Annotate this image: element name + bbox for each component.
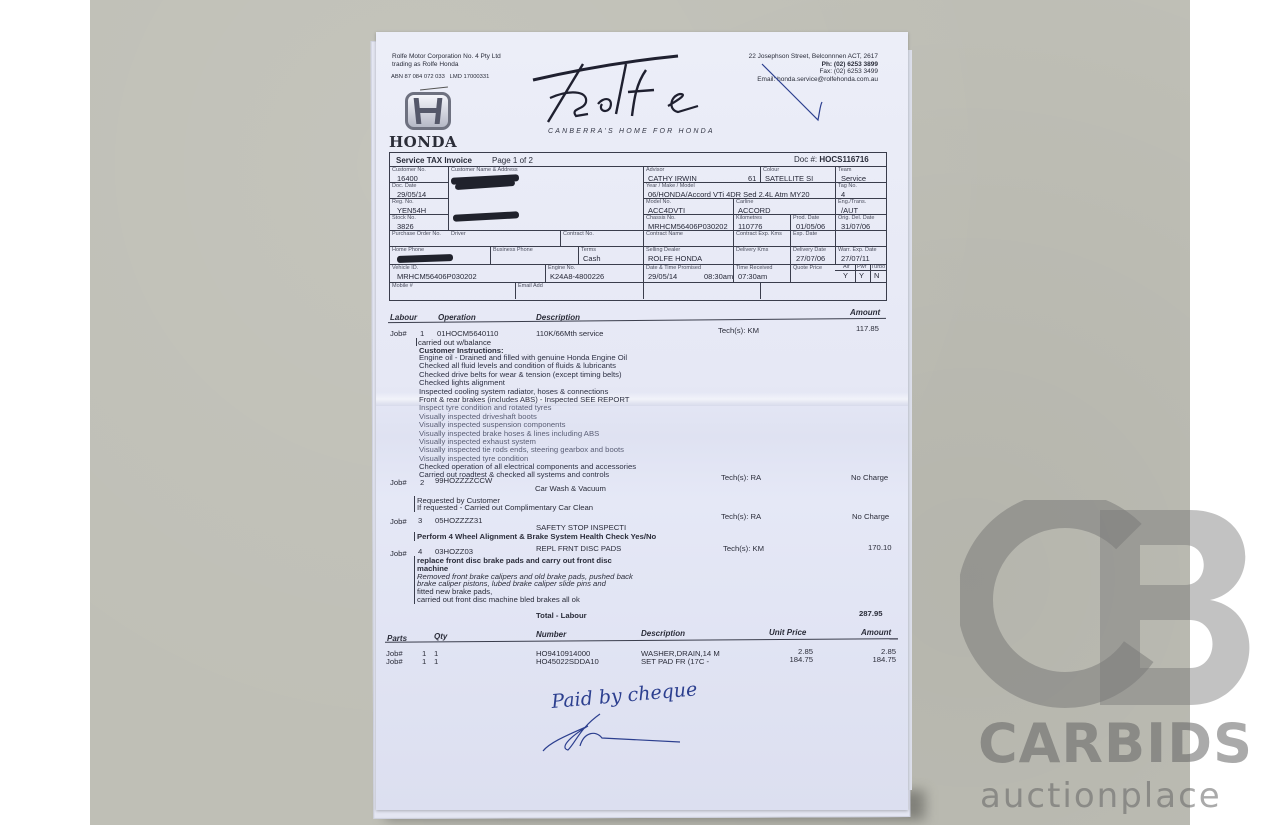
selling-dealer-value: ROLFE HONDA <box>648 255 702 263</box>
doc-number-value: HOCS116716 <box>819 155 868 164</box>
job-description: 110K/66Mth service <box>536 330 603 338</box>
carline-label: Carline <box>736 200 753 206</box>
job-amount: 117.85 <box>856 325 879 333</box>
prod-date-label: Prod. Date <box>793 216 819 222</box>
labour-header: Labour <box>390 313 417 322</box>
model-no-label: Model No. <box>646 200 671 206</box>
ymm-label: Year / Make / Model <box>646 184 695 190</box>
advisor-label: Advisor <box>646 168 664 174</box>
job-description: SAFETY STOP INSPECTI <box>536 524 626 532</box>
advisor-code: 61 <box>748 175 756 183</box>
advisor-value: CATHY IRWIN <box>648 175 697 183</box>
job-number: 1 <box>420 330 424 338</box>
job-tech: Tech(s): KM <box>723 545 764 553</box>
job-description: Car Wash & Vacuum <box>535 485 606 493</box>
orig-del-date-label: Orig. Del. Date <box>838 216 874 222</box>
engine-no-value: K24A8-4800226 <box>550 273 604 281</box>
total-labour-label: Total - Labour <box>536 612 587 620</box>
kilometres-label: Kilometres <box>736 216 762 222</box>
air-label: Air <box>843 265 850 271</box>
model-no-value: ACC4DVTI <box>648 207 685 215</box>
parts-job-number: 1 <box>422 658 426 666</box>
unit-price-header: Unit Price <box>769 628 806 637</box>
warr-exp-date-value: 27/07/11 <box>841 255 870 263</box>
svg-text:Rolfe: Rolfe <box>648 53 654 55</box>
colour-label: Colour <box>763 168 779 174</box>
part-unit-price: 184.75 <box>773 656 813 664</box>
chassis-no-value: MRHCM56406P030202 <box>648 223 728 231</box>
job-code: 99HOZZZZCCW <box>435 477 492 485</box>
abn-number: ABN 87 084 072 033 <box>391 74 445 80</box>
date-promised-value: 29/05/14 <box>648 273 677 281</box>
doc-date-label: Doc. Date <box>392 184 416 190</box>
job-label: Job# <box>390 330 407 338</box>
qty-header: Qty <box>434 632 447 641</box>
customer-instructions-list: Engine oil - Drained and filled with gen… <box>419 354 636 480</box>
pen-checkmark <box>760 62 830 126</box>
reg-no-label: Reg. No. <box>392 200 414 206</box>
parts-qty: 1 <box>434 658 438 666</box>
job-tech: Tech(s): RA <box>721 474 761 482</box>
time-promised-value: 08:30am <box>704 273 733 281</box>
pwr-value: Y <box>859 272 864 280</box>
warr-exp-date-label: Warr. Exp. Date <box>838 248 877 254</box>
quote-price-label: Quote Price <box>793 266 822 272</box>
company-trading: trading as Rolfe Honda <box>392 61 501 69</box>
job-description: REPL FRNT DISC PADS <box>536 545 621 553</box>
part-amount: 184.75 <box>856 656 896 664</box>
job-number: 4 <box>418 548 422 556</box>
job-amount: 170.10 <box>868 544 892 552</box>
engine-no-label: Engine No. <box>548 266 575 272</box>
delivery-date-value: 27/07/06 <box>796 255 825 263</box>
stock-no-value: 3826 <box>397 223 414 231</box>
honda-logo-bar <box>417 108 439 113</box>
prod-date-value: 01/05/06 <box>796 223 825 231</box>
amount-header: Amount <box>850 308 880 317</box>
parts-job-label: Job# <box>386 658 403 666</box>
number-header: Number <box>536 630 566 639</box>
customer-name-label: Customer Name & Address <box>451 168 518 174</box>
total-labour-value: 287.95 <box>859 610 883 618</box>
company-info: Rolfe Motor Corporation No. 4 Pty Ltd tr… <box>392 53 501 69</box>
doc-number: Doc #: HOCS116716 <box>794 155 869 164</box>
turbo-value: N <box>874 272 879 280</box>
company-name: Rolfe Motor Corporation No. 4 Pty Ltd <box>392 53 501 61</box>
parts-amount-header: Amount <box>861 628 891 637</box>
time-received-value: 07:30am <box>738 273 767 281</box>
part-description: SET PAD FR (17C - <box>641 658 709 666</box>
selling-dealer-label: Selling Dealer <box>646 248 680 254</box>
parts-description-header: Description <box>641 629 685 638</box>
eng-trans-label: Eng./Trans. <box>838 200 866 206</box>
turbo-label: Turbo <box>871 265 885 271</box>
job-note: Perform 4 Wheel Alignment & Brake System… <box>417 533 656 541</box>
job-tech: Tech(s): RA <box>721 513 761 521</box>
job-amount: No Charge <box>852 513 889 521</box>
time-received-label: Time Received <box>736 266 772 272</box>
job-note: If requested - Carried out Complimentary… <box>417 504 593 512</box>
lmd-number: LMD 17000331 <box>450 74 490 80</box>
terms-value: Cash <box>583 255 601 263</box>
stock-no-label: Stock No. <box>392 216 416 222</box>
carline-value: ACCORD <box>738 207 771 215</box>
tag-no-value: 4 <box>841 191 845 199</box>
job-label: Job# <box>390 479 407 487</box>
job-number: 3 <box>418 517 422 525</box>
business-phone-label: Business Phone <box>493 248 533 254</box>
job-number: 2 <box>420 479 424 487</box>
delivery-date-label: Delivery Date <box>793 248 826 254</box>
delivery-kms-label: Delivery Kms <box>736 248 768 254</box>
contract-no-label: Contract No. <box>563 232 594 238</box>
job-note: carried out front disc machine bled brak… <box>417 596 580 604</box>
colour-value: SATELLITE SI <box>765 175 813 183</box>
customer-no-value: 16400 <box>397 175 418 183</box>
job-code: 01HOCM5640110 <box>437 330 498 338</box>
email-add-label: Email Add <box>518 284 543 290</box>
kilometres-value: 110776 <box>738 223 762 231</box>
job-label: Job# <box>390 518 407 526</box>
part-number: HO45022SDDA10 <box>536 658 599 666</box>
purchase-order-label: Purchase Order No. <box>392 232 441 238</box>
handwritten-paid-by-cheque: Paid by cheque <box>540 680 770 760</box>
abn: ABN 87 084 072 033 LMD 17000331 <box>391 74 489 80</box>
dealer-address: 22 Josephson Street, Belconnnen ACT, 261… <box>700 53 878 61</box>
air-value: Y <box>843 272 848 280</box>
team-label: Team <box>838 168 851 174</box>
driver-label: Driver <box>451 232 466 238</box>
customer-no-label: Customer No. <box>392 168 426 174</box>
exp-date-label: Exp. Date <box>793 232 817 238</box>
honda-wordmark: HONDA <box>389 133 457 151</box>
svg-text:Paid by cheque: Paid by cheque <box>550 680 699 713</box>
job-label: Job# <box>390 550 407 558</box>
doc-date-value: 29/05/14 <box>397 191 426 199</box>
ymm-value: 06/HONDA/Accord VTi 4DR Sed 2.4L Atm MY2… <box>648 191 810 199</box>
invoice-title: Service TAX Invoice <box>396 156 472 165</box>
eng-trans-value: /AUT <box>841 207 858 215</box>
page-indicator: Page 1 of 2 <box>492 156 533 165</box>
vehicle-id-label: Vehicle ID. <box>392 266 418 272</box>
chassis-no-label: Chassis No. <box>646 216 676 222</box>
tagline: CANBERRA'S HOME FOR HONDA <box>548 128 715 135</box>
tag-no-label: Tag No. <box>838 184 857 190</box>
job-code: 03HOZZ03 <box>435 548 473 556</box>
mobile-label: Mobile # <box>392 284 413 290</box>
vehicle-id-value: MRHCM56406P030202 <box>397 273 477 281</box>
terms-label: Terms <box>581 248 596 254</box>
contract-name-label: Contract Name <box>646 232 683 238</box>
team-value: Service <box>841 175 866 183</box>
pwr-label: Pwr <box>857 265 866 271</box>
doc-label: Doc #: <box>794 155 817 164</box>
orig-del-date-value: 31/07/06 <box>841 223 870 231</box>
date-promised-label: Date & Time Promised <box>646 266 701 272</box>
contract-exp-kms-label: Contract Exp. Kms <box>736 232 782 238</box>
job-tech: Tech(s): KM <box>718 327 759 335</box>
home-phone-label: Home Phone <box>392 248 424 254</box>
job-amount: No Charge <box>851 474 888 482</box>
job-code: 05HOZZZZ31 <box>435 517 482 525</box>
rolfe-script-logo: Rolfe <box>528 50 718 130</box>
reg-no-value: YEN54H <box>397 207 426 215</box>
